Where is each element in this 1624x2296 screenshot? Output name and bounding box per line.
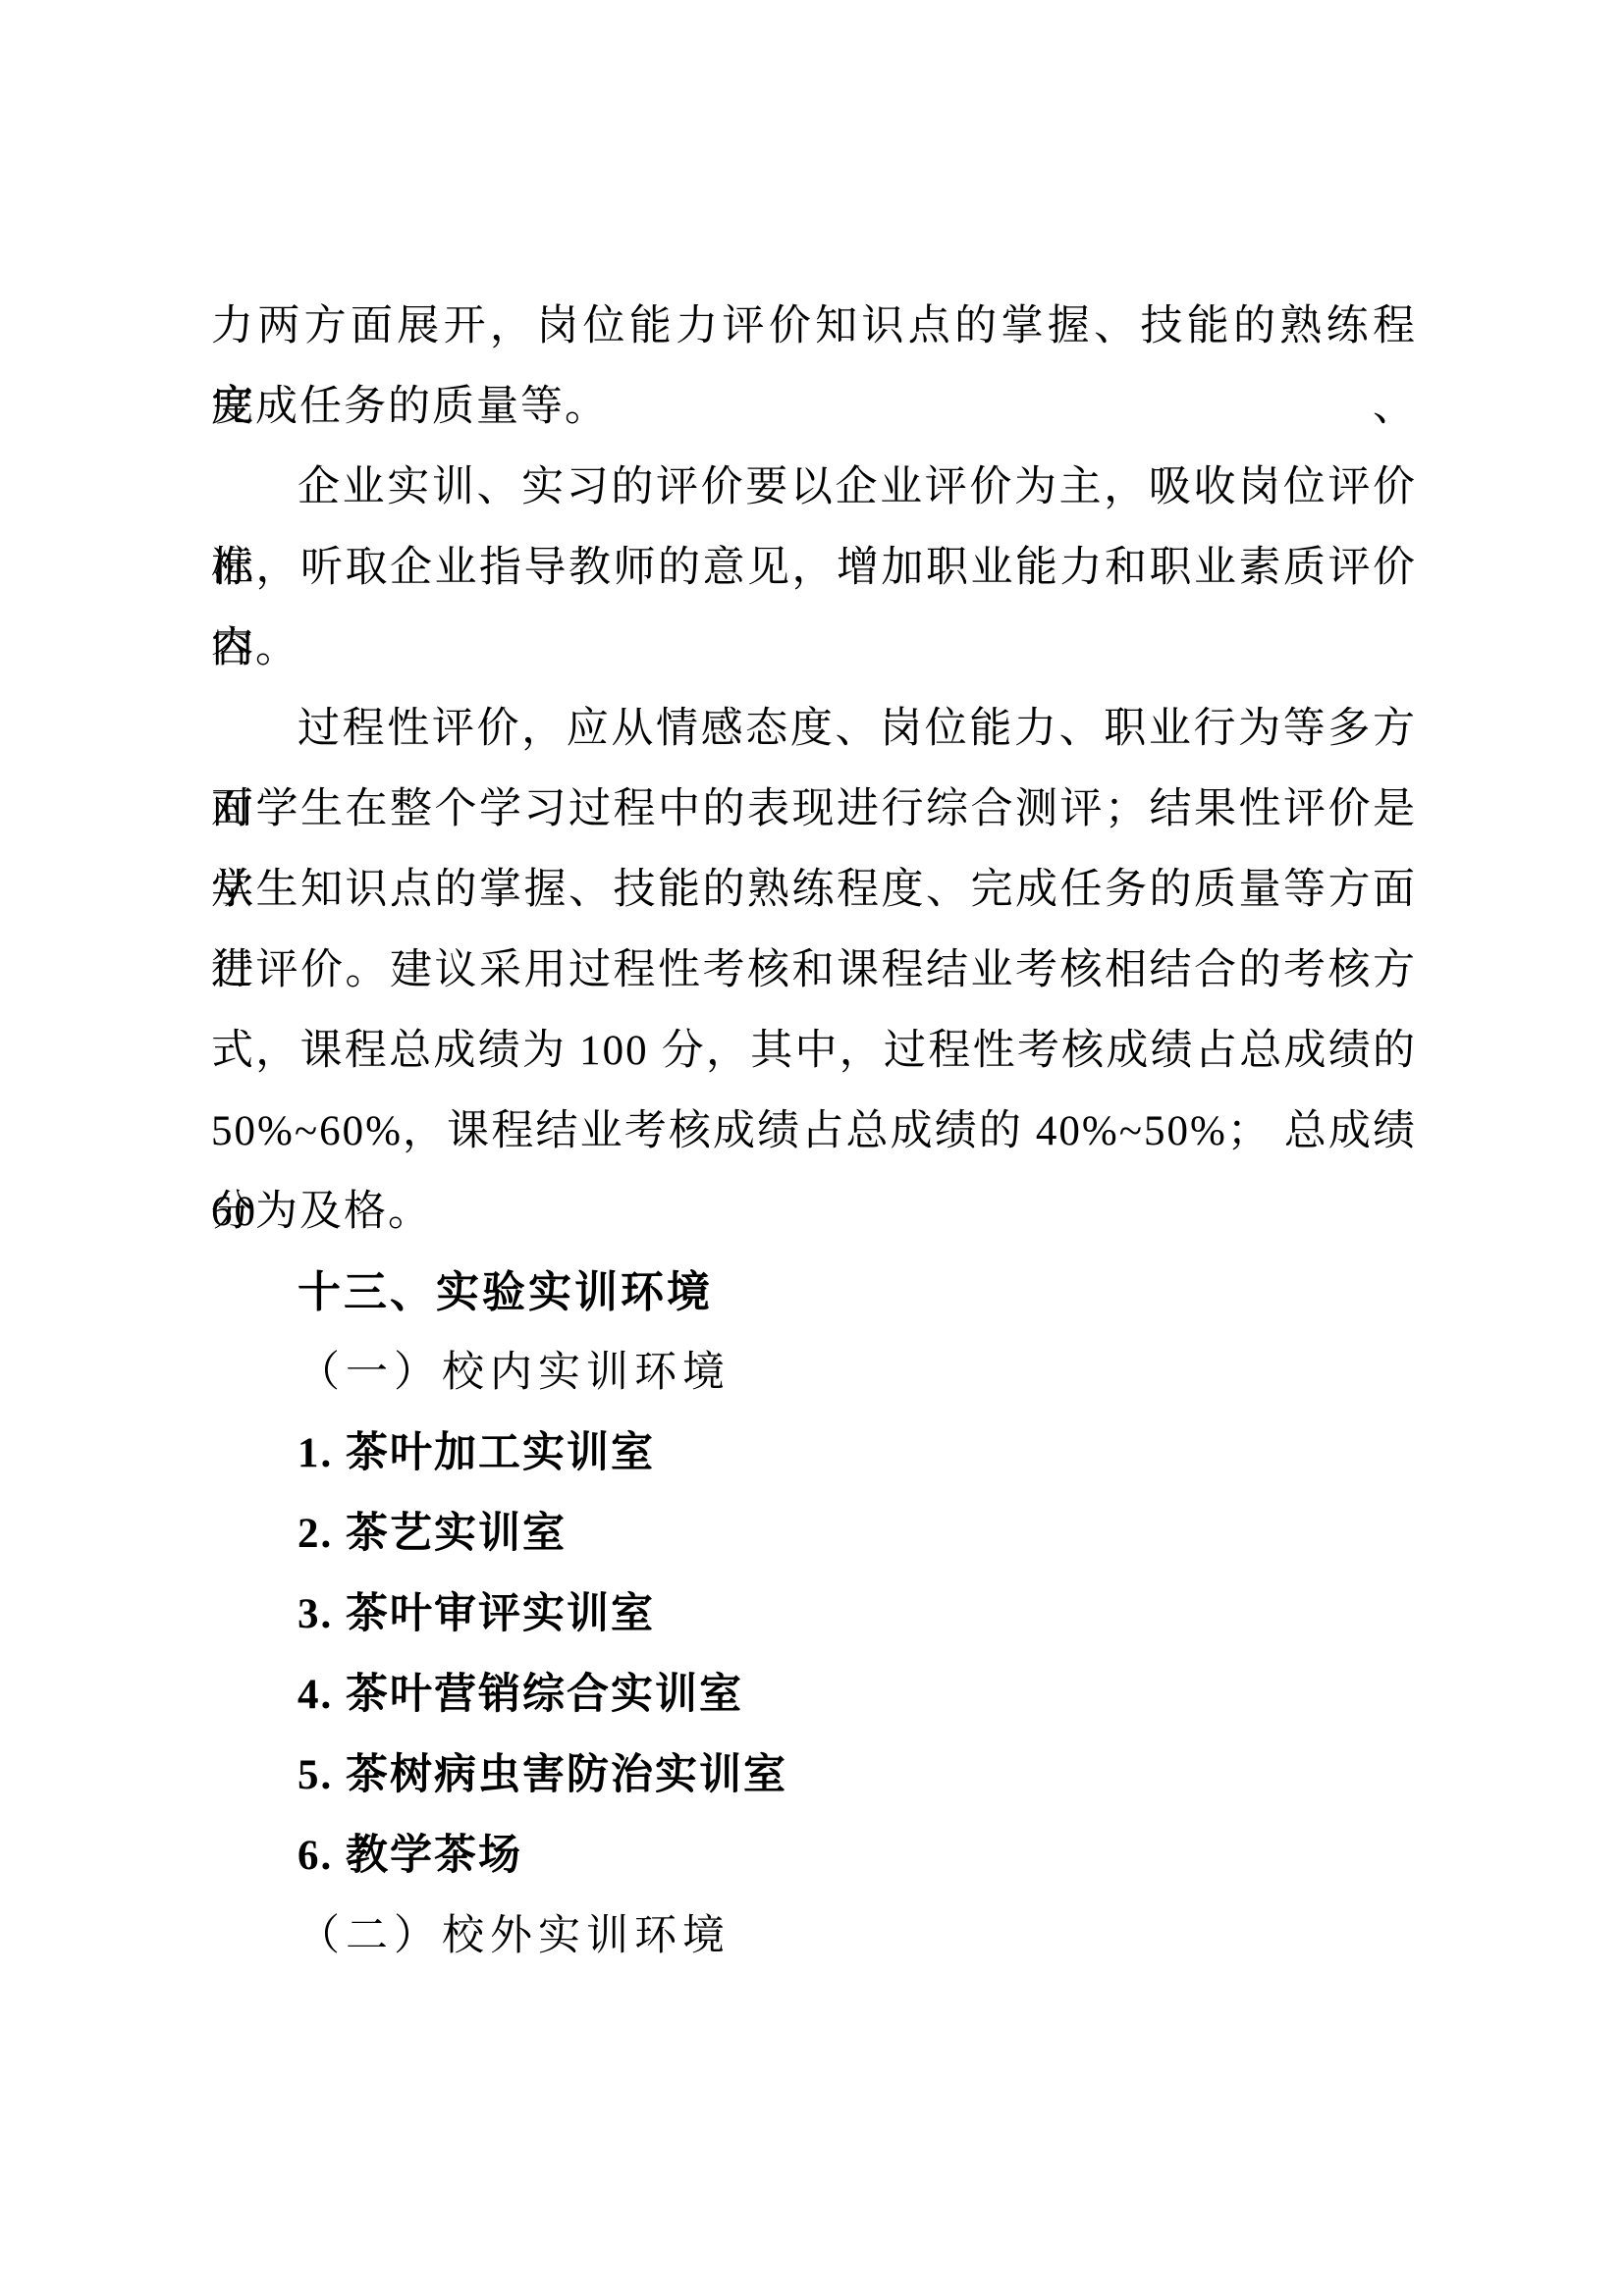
list-item-tea-evaluation-room: 3. 茶叶审评实训室: [211, 1575, 1417, 1655]
document-page: 力两方面展开，岗位能力评价知识点的掌握、技能的熟练程度、 完成任务的质量等。 企…: [0, 0, 1624, 2296]
paragraph-enterprise-line-3: 容。: [211, 609, 1417, 689]
paragraph-enterprise-line-2: 准，听取企业指导教师的意见，增加职业能力和职业素质评价内: [211, 528, 1417, 609]
list-item-tea-processing-room: 1. 茶叶加工实训室: [211, 1414, 1417, 1494]
paragraph-process-line-1: 过程性评价，应从情感态度、岗位能力、职业行为等多方面: [211, 689, 1417, 770]
subheading-on-campus: （一）校内实训环境: [211, 1333, 1417, 1414]
list-item-teaching-tea-farm: 6. 教学茶场: [211, 1816, 1417, 1896]
list-item-tea-marketing-room: 4. 茶叶营销综合实训室: [211, 1655, 1417, 1735]
subheading-off-campus: （二）校外实训环境: [211, 1896, 1417, 1977]
paragraph-process-line-5: 式，课程总成绩为 100 分，其中，过程性考核成绩占总成绩的: [211, 1011, 1417, 1092]
text-area: 力两方面展开，岗位能力评价知识点的掌握、技能的熟练程度、 完成任务的质量等。 企…: [211, 287, 1417, 1977]
paragraph-process-line-4: 行评价。建议采用过程性考核和课程结业考核相结合的考核方: [211, 931, 1417, 1011]
paragraph-enterprise-line-1: 企业实训、实习的评价要以企业评价为主，吸收岗位评价标: [211, 448, 1417, 528]
paragraph-process-line-6: 50%~60%，课程结业考核成绩占总成绩的 40%~50%； 总成绩 60: [211, 1092, 1417, 1172]
paragraph-continuation-line-1: 力两方面展开，岗位能力评价知识点的掌握、技能的熟练程度、: [211, 287, 1417, 367]
paragraph-process-line-2: 对学生在整个学习过程中的表现进行综合测评；结果性评价是从: [211, 770, 1417, 850]
section-heading-13: 十三、实验实训环境: [211, 1253, 1417, 1333]
paragraph-process-line-7: 分为及格。: [211, 1172, 1417, 1253]
list-item-pest-control-room: 5. 茶树病虫害防治实训室: [211, 1735, 1417, 1816]
paragraph-process-line-3: 学生知识点的掌握、技能的熟练程度、完成任务的质量等方面进: [211, 850, 1417, 931]
list-item-tea-art-room: 2. 茶艺实训室: [211, 1494, 1417, 1575]
